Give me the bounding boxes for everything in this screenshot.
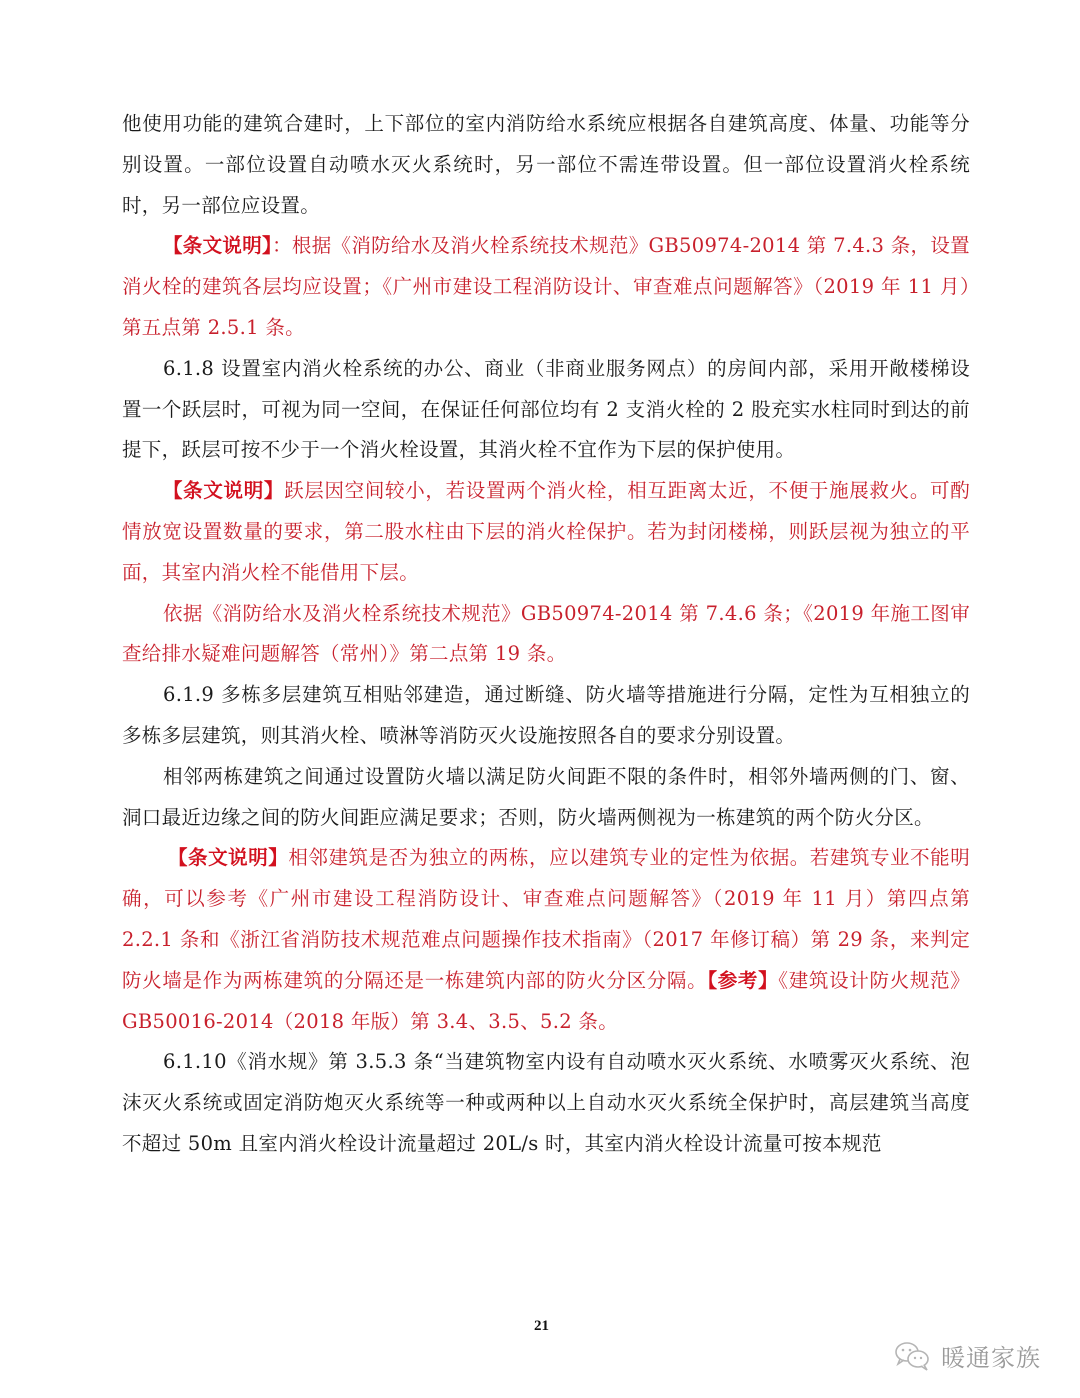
wechat-icon [893,1340,933,1372]
document-page: 他使用功能的建筑合建时，上下部位的室内消防给水系统应根据各自建筑高度、体量、功能… [0,0,1080,1398]
watermark-text: 暖通家族 [941,1338,1041,1373]
clause-6-1-9: 6.1.9 多栋多层建筑互相贴邻建造，通过断缝、防火墙等措施进行分隔，定性为互相… [122,675,970,757]
explanation-label: 【条文说明】 [163,234,272,257]
reference-label: 【参考】 [707,969,778,992]
clause-6-1-8: 6.1.8 设置室内消火栓系统的办公、商业（非商业服务网点）的房间内部，采用开敞… [122,349,970,471]
page-number: 21 [534,1318,549,1335]
explanation-label: 【条文说明】 [163,479,284,502]
explanation-paragraph: 【条文说明】：根据《消防给水及消火栓系统技术规范》GB50974-2014 第 … [122,226,970,348]
explanation-label: 【条文说明】 [168,846,288,869]
body-paragraph-continued: 他使用功能的建筑合建时，上下部位的室内消防给水系统应根据各自建筑高度、体量、功能… [122,104,970,226]
clause-6-1-9-note: 相邻两栋建筑之间通过设置防火墙以满足防火间距不限的条件时，相邻外墙两侧的门、窗、… [122,757,970,839]
explanation-paragraph: 【条文说明】跃层因空间较小，若设置两个消火栓，相互距离太近，不便于施展救火。可酌… [122,471,970,593]
watermark: 暖通家族 [893,1338,1041,1373]
explanation-paragraph: 【条文说明】相邻建筑是否为独立的两栋，应以建筑专业的定性为依据。若建筑专业不能明… [122,838,970,1042]
page-content: 他使用功能的建筑合建时，上下部位的室内消防给水系统应根据各自建筑高度、体量、功能… [122,104,970,1165]
clause-6-1-10: 6.1.10《消水规》第 3.5.3 条“当建筑物室内设有自动喷水灭火系统、水喷… [122,1042,970,1164]
explanation-reference: 依据《消防给水及消火栓系统技术规范》GB50974-2014 第 7.4.6 条… [122,594,970,676]
